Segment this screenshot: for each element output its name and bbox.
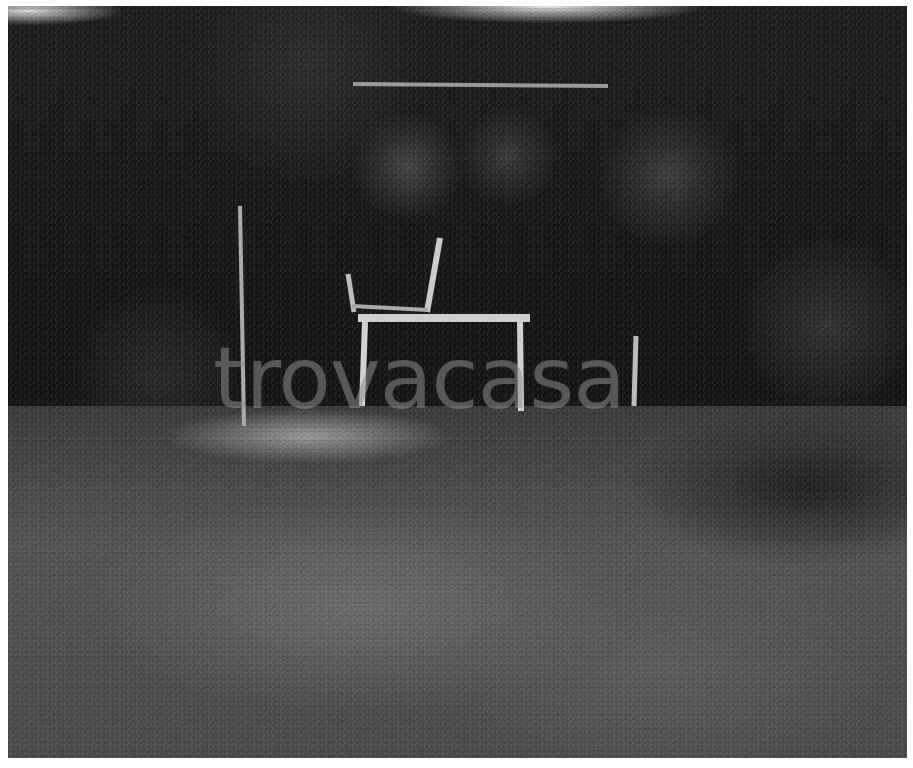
watermark: trovacasa <box>213 324 723 434</box>
listing-photo: trovacasa <box>8 6 907 758</box>
